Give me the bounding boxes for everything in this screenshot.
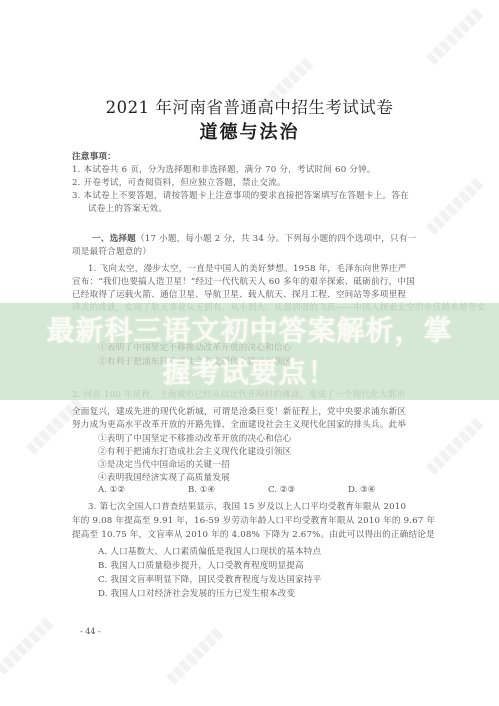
section-desc-cont: 项是最符合题意的） [72, 245, 151, 257]
notice-item: 2. 开卷考试，可查阅资料，但应独立答题，禁止交流。 [72, 176, 286, 188]
q3-line: 3. 第七次全国人口普查结果显示，我国 15 岁及以上人口平均受教育年限从 20… [88, 500, 406, 512]
q3-line: 提高至 10.75 年，文盲率从 2010 年的 4.08% 下降为 2.67%… [72, 528, 435, 540]
watermark [426, 417, 484, 475]
q3-option: A. 人口基数大、人口素质偏低是我国人口现状的基本特点 [98, 545, 321, 557]
section-heading: 一、选择题（17 小题，每小题 2 分，共 34 分。下列每小题的四个选项中，只… [92, 232, 416, 244]
exam-page: 2021 年河南省普通高中招生考试试卷 道德与法治 注意事项： 1. 本试卷共 … [0, 0, 499, 706]
notice-item: 3. 本试卷上不要答题，请按答题卡上注意事项的要求直接把答案填写在答题卡上。答在 [72, 189, 409, 201]
q2-line: 努力成为更高水平改革开放的开路先锋、全面建设社会主义现代化国家的排头兵。此举 [72, 418, 406, 430]
q2-line: 全面复兴，建成先进的现代化新城，可谓是沧桑巨变！新征程上，党中央要求浦东新区 [72, 405, 406, 417]
q2-choice: ③是决定当代中国命运的关键一招 [98, 458, 230, 470]
watermark [166, 627, 224, 685]
q3-option: C. 我国文盲率明显下降，国民受教育程度与发达国家持平 [98, 573, 321, 585]
q2-choice: ②有利于把浦东打造成社会主义现代化建设引领区 [98, 445, 291, 457]
headline-line1: 最新科三语文初中答案解析，掌 [0, 309, 499, 349]
q1-line: 已经取得了运载火箭、通信卫星、导航卫星、载人航天、探月工程、空间站等多项里程 [72, 288, 406, 300]
notice-heading: 注意事项： [72, 150, 116, 162]
notice-item: 试卷上的答案无效。 [88, 202, 167, 214]
q2-choice: ①表明了中国坚定不移推动改革开放的决心和信心 [98, 432, 291, 444]
q2-option-b: B. ①④ [188, 485, 215, 495]
q2-choice: ④表明我国经济实现了高质量发展 [98, 471, 230, 483]
section-title: 一、选择题 [92, 234, 136, 244]
q1-line: 1. 飞向太空，漫步太空，一直是中国人的美好梦想。1958 年，毛泽东向世界庄严 [88, 262, 407, 274]
q3-line: 年的 9.08 年提高至 9.91 年，16-59 岁劳动年龄人口平均受教育年限… [72, 514, 435, 526]
q2-option-d: D. ③④ [348, 485, 375, 495]
watermark [426, 7, 484, 65]
q2-option-c: C. ②③ [268, 485, 295, 495]
section-desc: （17 小题，每小题 2 分，共 34 分。下列每小题的四个选项中，只有一 [136, 234, 416, 244]
watermark [426, 177, 484, 235]
q2-option-a: A. ①② [98, 485, 125, 495]
headline-line2: 握考试要点！ [0, 351, 499, 391]
q3-option: B. 我国人口质量稳步提升，人口受教育程度明显提高 [98, 559, 304, 571]
watermark [0, 617, 54, 675]
q1-line: 宣布：“我们也要搞人造卫星！”经过一代代航天人 60 多年的艰辛探索、砥砺前行，… [72, 275, 415, 287]
q3-option: D. 我国人口对经济社会发展的压力已发生根本改变 [98, 587, 295, 599]
page-number: - 44 - [80, 627, 101, 636]
notice-item: 1. 本试卷共 6 页，分为选择题和非选择题，满分 70 分，考试时间 60 分… [72, 163, 376, 175]
exam-title: 2021 年河南省普通高中招生考试试卷 [0, 94, 499, 118]
exam-subject: 道德与法治 [0, 118, 499, 144]
headline-banner: ①表明了中国坚定不移推动改革开放的决心和信心 ②有利于把浦东打造成社会主义现代化… [0, 303, 499, 400]
